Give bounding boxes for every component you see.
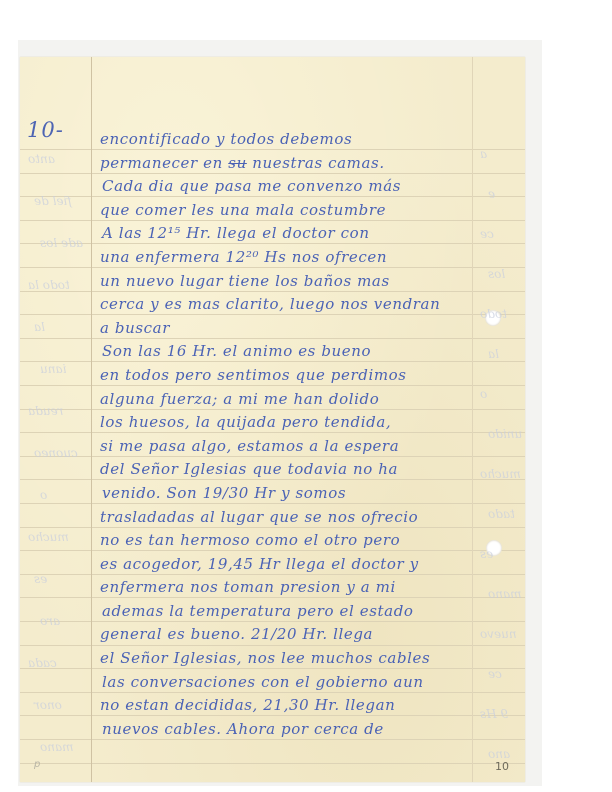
handwritten-line: una enfermera 12²⁰ Hs nos ofrecen: [100, 246, 500, 270]
handwritten-line: general es bueno. 21/20 Hr. llega: [100, 623, 500, 647]
handwritten-line: las conversaciones con el gobierno aun: [100, 671, 500, 695]
bleed-through-text: mucho: [28, 530, 69, 544]
left-margin-line: [91, 57, 92, 782]
bleed-through-text: fiel de: [34, 194, 72, 208]
bleed-through-text: reuda: [28, 404, 63, 418]
handwritten-line: a buscar: [100, 317, 500, 341]
handwritten-line: es acogedor, 19,45 Hr llega el doctor y: [100, 553, 500, 577]
bleed-through-text: o: [40, 488, 47, 502]
handwritten-line: en todos pero sentimos que perdimos: [100, 364, 500, 388]
bleed-through-text: ano: [488, 747, 510, 761]
handwritten-line: no estan decididas, 21,30 Hr. llegan: [100, 694, 500, 718]
handwritten-line: del Señor Iglesias que todavia no ha: [100, 458, 500, 482]
handwritten-line: que comer les una mala costumbre: [100, 199, 500, 223]
handwritten-line: venido. Son 19/30 Hr y somos: [100, 482, 500, 506]
handwritten-line: enfermera nos toman presion y a mi: [100, 576, 500, 600]
bleed-through-text: la: [34, 320, 45, 334]
handwritten-line: no es tan hermoso como el otro pero: [100, 529, 500, 553]
handwritten-line: trasladadas al lugar que se nos ofrecio: [100, 506, 500, 530]
bleed-through-text: aro: [40, 614, 60, 628]
handwritten-line: ademas la temperatura pero el estado: [100, 600, 500, 624]
handwritten-line: encontificado y todos debemos: [100, 128, 500, 152]
bleed-through-text: todo la: [28, 278, 70, 292]
bleed-through-text: mano: [40, 740, 74, 754]
bleed-through-text: cuoneo: [34, 446, 78, 460]
struck-word: su: [228, 154, 247, 172]
handwritten-line: Cada dia que pasa me convenzo más: [100, 175, 500, 199]
handwritten-line: cerca y es mas clarito, luego nos vendra…: [100, 293, 500, 317]
handwritten-line: A las 12¹⁵ Hr. llega el doctor con: [100, 222, 500, 246]
footer-left-mark: p: [34, 759, 40, 770]
bleed-through-text: ianu: [40, 362, 66, 376]
handwritten-text: encontificado y todos debemospermanecer …: [100, 128, 500, 741]
handwritten-line: permanecer en su nuestras camas.: [100, 152, 500, 176]
bleed-through-text: ade los: [40, 236, 83, 250]
bleed-through-text: onor: [34, 698, 62, 712]
handwritten-line: alguna fuerza; a mi me han dolido: [100, 388, 500, 412]
bleed-through-text: anto: [28, 152, 55, 166]
footer-page-number: 10: [495, 760, 509, 773]
handwritten-line: los huesos, la quijada pero tendida,: [100, 411, 500, 435]
page-label: 10-: [27, 118, 64, 142]
handwritten-line: un nuevo lugar tiene los baños mas: [100, 270, 500, 294]
handwritten-line: Son las 16 Hr. el animo es bueno: [100, 340, 500, 364]
handwritten-line: el Señor Iglesias, nos lee muchos cables: [100, 647, 500, 671]
ruled-line: [20, 763, 525, 764]
bleed-through-text: cada: [28, 656, 57, 670]
bleed-through-text: es: [34, 572, 47, 586]
handwritten-line: si me pasa algo, estamos a la espera: [100, 435, 500, 459]
handwritten-line: nuevos cables. Ahora por cerca de: [100, 718, 500, 742]
